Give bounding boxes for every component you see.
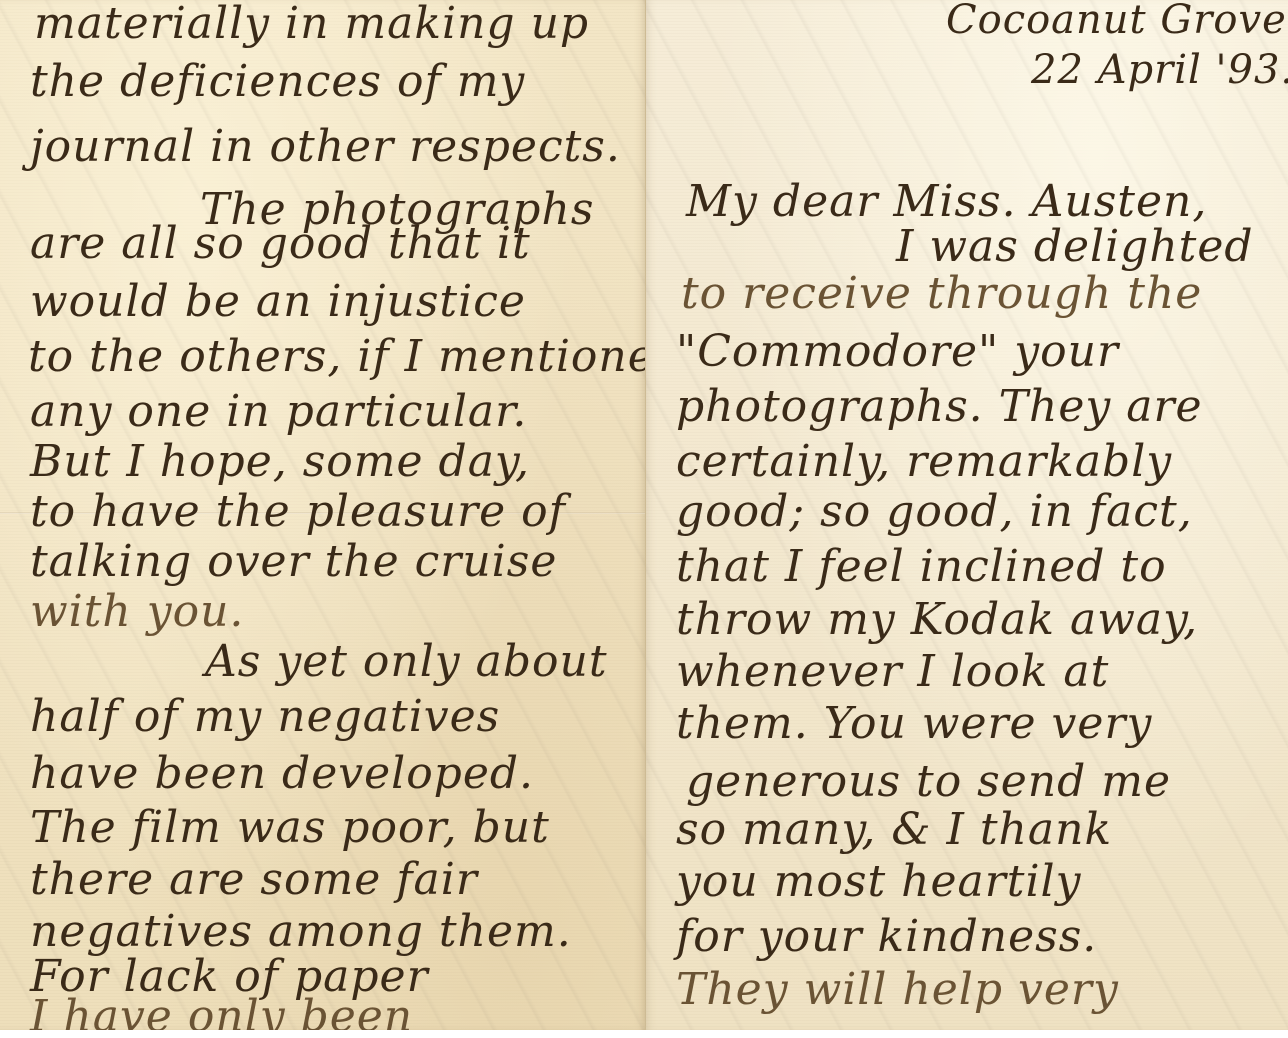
letter-line: to have the pleasure of — [30, 490, 566, 534]
letter-date: 22 April '93. — [1031, 50, 1288, 90]
letter-page-right: Cocoanut Grove 22 April '93. My dear Mis… — [646, 0, 1288, 1030]
letter-line: But I hope, some day, — [30, 440, 530, 484]
letter-line: As yet only about — [205, 640, 608, 684]
letter-line: there are some fair — [30, 858, 478, 902]
letter-page-left: materially in making up the deficiences … — [0, 0, 646, 1030]
letter-sheet: materially in making up the deficiences … — [0, 0, 1288, 1030]
letter-line: that I feel inclined to — [676, 545, 1167, 589]
letter-line: to the others, if I mentioned — [28, 335, 646, 379]
letter-line: to receive through the — [681, 272, 1202, 316]
letter-line: so many, & I thank — [676, 808, 1112, 852]
letter-line: are all so good that it — [30, 222, 531, 266]
letter-line: would be an injustice — [30, 280, 526, 324]
letter-line: photographs. They are — [676, 385, 1203, 429]
letter-line: I was delighted — [896, 225, 1254, 269]
letter-line: you most heartily — [676, 860, 1081, 904]
letter-line: "Commodore" your — [676, 330, 1119, 374]
letter-salutation: My dear Miss. Austen, — [686, 180, 1207, 224]
letter-line: any one in particular. — [30, 390, 527, 434]
letter-line: certainly, remarkably — [676, 440, 1172, 484]
letter-line: for your kindness. — [676, 915, 1097, 959]
letter-line: the deficiences of my — [30, 60, 525, 104]
letter-line: materially in making up — [34, 2, 589, 46]
letter-line: negatives among them. — [30, 910, 572, 954]
letter-line: half of my negatives — [30, 695, 500, 739]
letter-line: generous to send me — [686, 760, 1171, 804]
letter-line: them. You were very — [676, 702, 1152, 746]
letter-line: good; so good, in fact, — [676, 490, 1193, 534]
letter-line: journal in other respects. — [30, 125, 621, 169]
letter-line: throw my Kodak away, — [676, 598, 1198, 642]
letter-line: whenever I look at — [676, 650, 1109, 694]
letter-line: The film was poor, but — [30, 806, 550, 850]
letter-place: Cocoanut Grove — [946, 0, 1287, 40]
letter-line: with you. — [30, 590, 244, 634]
letter-line: talking over the cruise — [30, 540, 557, 584]
letter-line: I have only been — [30, 995, 413, 1030]
letter-line: have been developed. — [30, 752, 534, 796]
letter-line: They will help very — [676, 968, 1119, 1012]
